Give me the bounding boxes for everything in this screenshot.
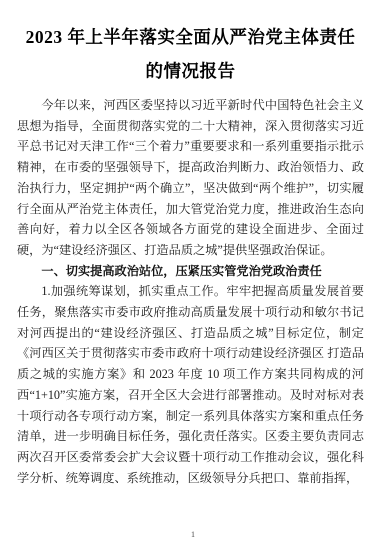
title-line-2: 的情况报告 — [17, 54, 364, 88]
document-title: 2023 年上半年落实全面从严治党主体责任 的情况报告 — [17, 20, 364, 88]
paragraph-intro: 今年以来，河西区委坚持以习近平新时代中国特色社会主义思想为指导，全面贯彻落实党的… — [17, 95, 364, 261]
document-page: 2023 年上半年落实全面从严治党主体责任 的情况报告 今年以来，河西区委坚持以… — [0, 0, 386, 550]
title-line-1: 2023 年上半年落实全面从严治党主体责任 — [17, 20, 364, 54]
section-heading-1: 一、切实提高政治站位，压紧压实管党治党政治责任 — [17, 261, 364, 282]
paragraph-section1-item1: 1.加强统筹谋划，抓实重点工作。牢牢把握高质量发展首要任务，聚焦落实市委市政府推… — [17, 281, 364, 488]
page-number: 1 — [0, 530, 386, 540]
